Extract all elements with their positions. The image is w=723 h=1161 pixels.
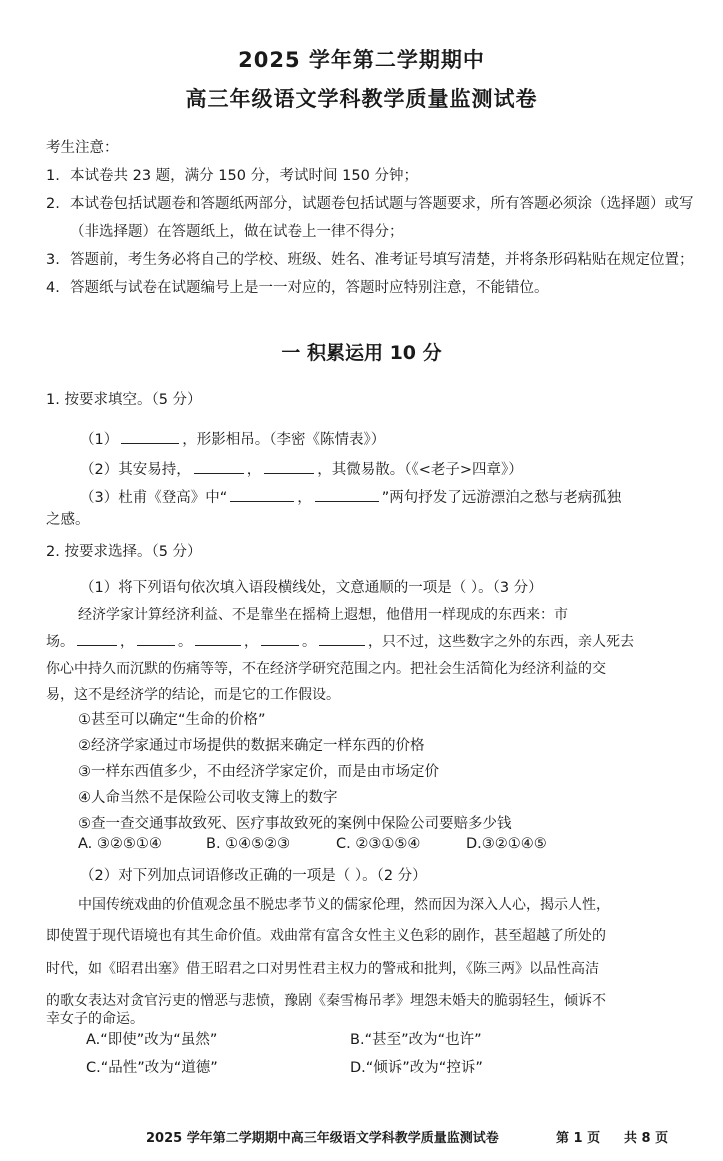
sentence-option: ④人命当然不是保险公司收支簿上的数字 xyxy=(78,786,338,807)
fill-blank[interactable] xyxy=(264,459,314,474)
choice-a[interactable]: A.“即使”改为“虽然” xyxy=(86,1028,217,1049)
question-1-sub2: （2）其安易持，，，其微易散。（《<老子>四章》） xyxy=(80,458,523,479)
question-2-sub2-stem: （2）对下列加点词语修改正确的一项是（ ）。（2 分） xyxy=(80,864,427,885)
footer-page-number: 第 1 页 xyxy=(556,1127,600,1146)
notice-item: 2.本试卷包括试题卷和答题纸两部分，试题卷包括试题与答题要求，所有答题必须涂（选… xyxy=(46,190,696,246)
question-1-stem: 1. 按要求填空。（5 分） xyxy=(46,388,202,409)
exam-title-line2: 高三年级语文学科教学质量监测试卷 xyxy=(0,83,723,113)
passage-line: 你心中持久而沉默的伤痛等等，不在经济学研究范围之内。把社会生活简化为经济利益的交 xyxy=(46,658,606,678)
question-1-sub1: （1），形影相吊。（李密《陈情表》） xyxy=(80,428,385,449)
question-2-sub1-stem: （1）将下列语句依次填入语段横线处，文意通顺的一项是（ ）。（3 分） xyxy=(80,576,543,597)
sentence-option: ③一样东西值多少，不由经济学家定价，而是由市场定价 xyxy=(78,760,439,781)
passage-line: 中国传统戏曲的价值观念虽不脱忠孝节义的儒家伦理，然而因为深入人心，揭示人性， xyxy=(78,894,610,914)
sentence-option: ⑤查一查交通事故致死、医疗事故致死的案例中保险公司要赔多少钱 xyxy=(78,812,512,833)
passage-line: 时代，如《昭君出塞》借王昭君之口对男性君主权力的警戒和批判，《陈三两》以品性高洁 xyxy=(46,958,599,978)
sentence-option: ②经济学家通过市场提供的数据来确定一样东西的价格 xyxy=(78,734,425,755)
choice-a[interactable]: A. ③②⑤①④ xyxy=(78,836,162,852)
exam-title-line1: 2025 学年第二学期期中 xyxy=(0,44,723,74)
sentence-option: ①甚至可以确定“生命的价格” xyxy=(78,708,266,729)
choice-d[interactable]: D.“倾诉”改为“控诉” xyxy=(350,1056,483,1077)
fill-blank[interactable] xyxy=(195,631,241,646)
fill-blank[interactable] xyxy=(319,631,365,646)
notice-heading: 考生注意： xyxy=(46,134,696,162)
question-1-sub3: （3）杜甫《登高》中“，”两句抒发了远游漂泊之愁与老病孤独 xyxy=(80,486,621,507)
notice-item: 4.答题纸与试卷在试题编号上是一一对应的，答题时应特别注意，不能错位。 xyxy=(46,274,696,302)
fill-blank[interactable] xyxy=(121,429,179,444)
choice-d[interactable]: D.③②①④⑤ xyxy=(466,836,547,852)
passage-line: 场。，。，。，只不过，这些数字之外的东西，亲人死去 xyxy=(46,631,634,651)
fill-blank[interactable] xyxy=(315,487,379,502)
choice-c[interactable]: C.“品性”改为“道德” xyxy=(86,1056,218,1077)
question-2-stem: 2. 按要求选择。（5 分） xyxy=(46,540,202,561)
passage-line: 的歌女表达对贪官污吏的憎恶与悲愤，豫剧《秦雪梅吊孝》埋怨未婚夫的脆弱轻生，倾诉不 xyxy=(46,990,606,1010)
fill-blank[interactable] xyxy=(77,631,117,646)
choice-b[interactable]: B. ①④⑤②③ xyxy=(206,836,290,852)
notice-item: 3.答题前，考生务必将自己的学校、班级、姓名、准考证号填写清楚，并将条形码粘贴在… xyxy=(46,246,696,274)
choice-c[interactable]: C. ②③①⑤④ xyxy=(336,836,420,852)
choice-b[interactable]: B.“甚至”改为“也许” xyxy=(350,1028,482,1049)
passage-line: 幸女子的命运。 xyxy=(46,1008,144,1028)
fill-blank[interactable] xyxy=(261,631,299,646)
passage-line: 即使置于现代语境也有其生命价值。戏曲常有富含女性主义色彩的剧作，甚至超越了所处的 xyxy=(46,925,606,945)
fill-blank[interactable] xyxy=(137,631,175,646)
footer-title: 2025 学年第二学期期中高三年级语文学科教学质量监测试卷 xyxy=(146,1127,499,1146)
passage-line: 易，这不是经济学的结论，而是它的工作假设。 xyxy=(46,684,340,704)
notice-item: 1.本试卷共 23 题，满分 150 分，考试时间 150 分钟； xyxy=(46,162,696,190)
exam-notice: 考生注意： 1.本试卷共 23 题，满分 150 分，考试时间 150 分钟； … xyxy=(46,134,696,302)
fill-blank[interactable] xyxy=(194,459,244,474)
passage-line: 经济学家计算经济利益、不是靠坐在摇椅上遐想，他借用一样现成的东西来：市 xyxy=(78,604,568,624)
fill-blank[interactable] xyxy=(230,487,294,502)
question-1-sub3-cont: 之感。 xyxy=(46,508,90,529)
footer-total-pages: 共 8 页 xyxy=(624,1127,668,1146)
section-heading: 一 积累运用 10 分 xyxy=(0,338,723,365)
